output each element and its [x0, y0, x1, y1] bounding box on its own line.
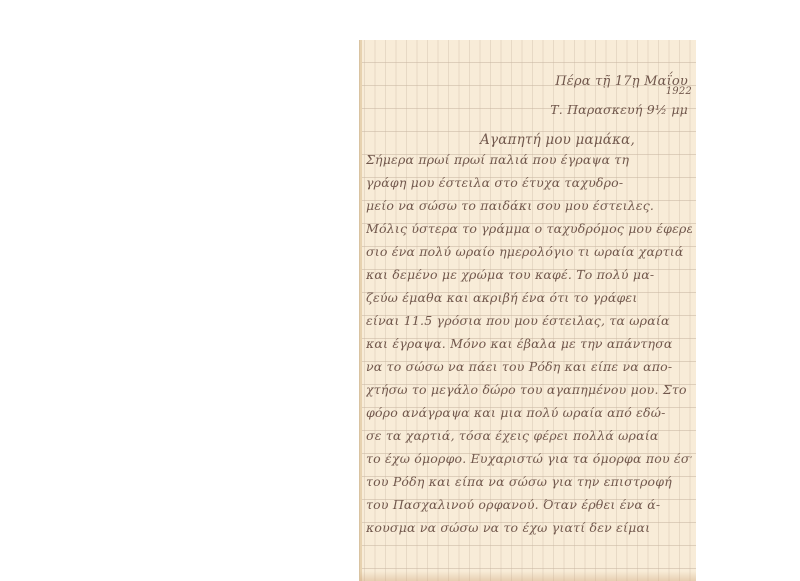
body-line: Μόλις ύστερα το γράμμα ο ταχυδρόμος μου … — [366, 221, 692, 236]
body-line: του Ρόδη και είπα να σώσω για την επιστρ… — [366, 474, 692, 489]
body-line: του Πασχαλινού ορφανού. Όταν έρθει ένα ά… — [366, 497, 692, 512]
body-line: και έγραψα. Μόνο και έβαλα με την απάντη… — [366, 336, 692, 351]
letter-time: Τ. Παρασκευή 9½ μμ — [550, 102, 688, 117]
body-line: να το σώσω να πάει του Ρόδη και είπε να … — [366, 359, 692, 374]
body-line: ζεύω έμαθα και ακριβή ένα ότι το γράφει — [366, 290, 692, 305]
body-line: χτήσω το μεγάλο δώρο του αγαπημένου μου.… — [366, 382, 692, 397]
letter-page: Πέρα τῇ 17ῃ Μαΐου 1922 Τ. Παρασκευή 9½ μ… — [360, 40, 696, 581]
body-line: και δεμένο με χρώμα του καφέ. Το πολύ μα… — [366, 267, 692, 282]
body-line: είναι 11.5 γρόσια που μου έστειλας, τα ω… — [366, 313, 692, 328]
body-line: φόρο ανάγραψα και μια πολύ ωραία από εδώ… — [366, 405, 692, 420]
body-line: το έχω όμορφο. Ευχαριστώ για τα όμορφα π… — [366, 451, 692, 466]
body-line: γράφη μου έστειλα στο έτυχα ταχυδρο- — [366, 175, 692, 190]
letter-salutation: Αγαπητή μου μαμάκα, — [480, 132, 635, 148]
body-line: σε τα χαρτιά, τόσα έχεις φέρει πολλά ωρα… — [366, 428, 692, 443]
body-line: μείο να σώσω το παιδάκι σου μου έστειλες… — [366, 198, 692, 213]
body-line: σιο ένα πολύ ωραίο ημερολόγιο τι ωραία χ… — [366, 244, 692, 259]
letter-year: 1922 — [666, 86, 692, 97]
body-line: κουσμα να σώσω να το έχω γιατί δεν είμαι — [366, 520, 692, 535]
body-line: Σήμερα πρωί πρωί παλιά που έγραψα τη — [366, 152, 692, 167]
